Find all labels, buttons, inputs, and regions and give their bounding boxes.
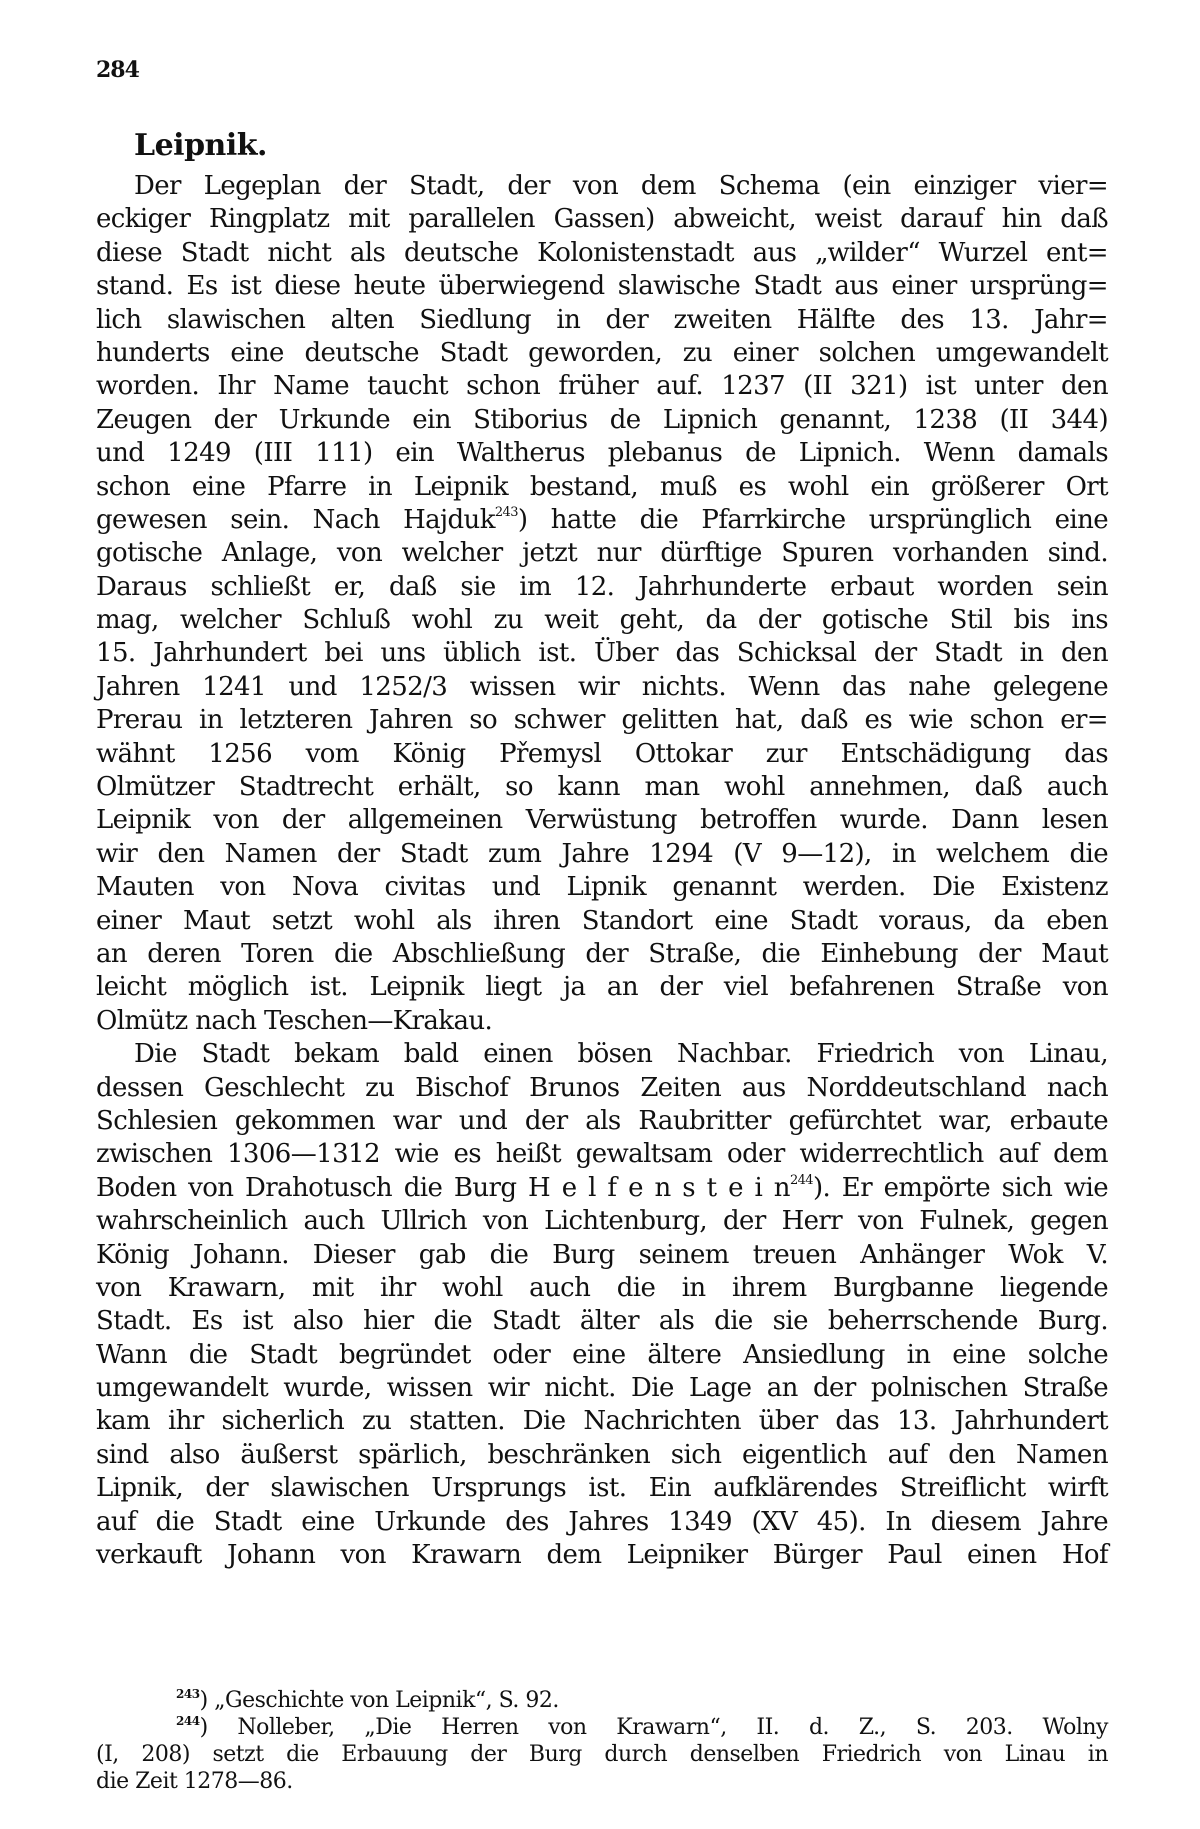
text-line: Zeugen der Urkunde ein Stiborius de Lipn… xyxy=(96,404,1108,437)
text-line: verkauft Johann von Krawarn dem Leipnike… xyxy=(96,1539,1108,1572)
line-text: von Krawarn, mit ihr wohl auch die in ih… xyxy=(96,1273,1108,1303)
line-text: Stadt. Es ist also hier die Stadt älter … xyxy=(96,1306,1108,1336)
line-text-continued: ) hatte die Pfarrkirche ursprünglich ein… xyxy=(518,505,1108,535)
line-text: worden. Ihr Name taucht schon früher auf… xyxy=(96,371,1108,401)
text-line: worden. Ihr Name taucht schon früher auf… xyxy=(96,370,1108,403)
footnote-reference[interactable]: 243 xyxy=(495,505,518,520)
line-text: Der Legeplan der Stadt, der von dem Sche… xyxy=(134,171,1108,201)
line-text: zwischen 1306—1312 wie es heißt gewaltsa… xyxy=(96,1139,1108,1169)
footnote-line: 244) Nolleber, „Die Herren von Krawarn“,… xyxy=(96,1714,1108,1741)
line-text: Daraus schließt er, daß sie im 12. Jahrh… xyxy=(96,572,1108,602)
text-line: schon eine Pfarre in Leipnik bestand, mu… xyxy=(96,471,1108,504)
text-line: Daraus schließt er, daß sie im 12. Jahrh… xyxy=(96,571,1108,604)
text-line: Mauten von Nova civitas und Lipnik genan… xyxy=(96,871,1108,904)
line-text: Schlesien gekommen war und der als Raubr… xyxy=(96,1106,1108,1136)
line-text: eckiger Ringplatz mit parallelen Gassen)… xyxy=(96,204,1108,234)
text-line: Wann die Stadt begründet oder eine älter… xyxy=(96,1339,1108,1372)
text-line: Olmütz nach Teschen—Krakau. xyxy=(96,1005,1108,1038)
text-line: hunderts eine deutsche Stadt geworden, z… xyxy=(96,337,1108,370)
line-text: Leipnik von der allgemeinen Verwüstung b… xyxy=(96,805,1108,835)
footnote-marker: 243 xyxy=(176,1687,200,1701)
text-line: wähnt 1256 vom König Přemysl Ottokar zur… xyxy=(96,738,1108,771)
text-line: gewesen sein. Nach Hajduk243) hatte die … xyxy=(96,504,1108,537)
line-text: leicht möglich ist. Leipnik liegt ja an … xyxy=(96,972,1108,1002)
text-line: Prerau in letzteren Jahren so schwer gel… xyxy=(96,704,1108,737)
text-line: einer Maut setzt wohl als ihren Standort… xyxy=(96,905,1108,938)
footnote-marker: 244 xyxy=(176,1714,200,1728)
line-text: Boden von Drahotusch die Burg H e l f e … xyxy=(96,1173,790,1203)
text-line: wir den Namen der Stadt zum Jahre 1294 (… xyxy=(96,838,1108,871)
text-line: umgewandelt wurde, wissen wir nicht. Die… xyxy=(96,1372,1108,1405)
footnote-line: die Zeit 1278—86. xyxy=(96,1768,1108,1795)
line-text: König Johann. Dieser gab die Burg seinem… xyxy=(96,1240,1108,1270)
line-text: wahrscheinlich auch Ullrich von Lichtenb… xyxy=(96,1206,1108,1236)
footnote-line: (I, 208) setzt die Erbauung der Burg dur… xyxy=(96,1741,1108,1768)
line-text: Prerau in letzteren Jahren so schwer gel… xyxy=(96,705,1108,735)
text-line: dessen Geschlecht zu Bischof Brunos Zeit… xyxy=(96,1072,1108,1105)
text-line: Der Legeplan der Stadt, der von dem Sche… xyxy=(96,170,1108,203)
line-text: kam ihr sicherlich zu statten. Die Nachr… xyxy=(96,1406,1108,1436)
line-text: Zeugen der Urkunde ein Stiborius de Lipn… xyxy=(96,405,1108,435)
text-line: sind also äußerst spärlich, beschränken … xyxy=(96,1439,1108,1472)
line-text: Jahren 1241 und 1252/3 wissen wir nichts… xyxy=(96,672,1108,702)
line-text: verkauft Johann von Krawarn dem Leipnike… xyxy=(96,1540,1108,1570)
line-text: Mauten von Nova civitas und Lipnik genan… xyxy=(96,872,1108,902)
body-text: Der Legeplan der Stadt, der von dem Sche… xyxy=(96,170,1108,1572)
text-line: lich slawischen alten Siedlung in der zw… xyxy=(96,304,1108,337)
text-line: diese Stadt nicht als deutsche Koloniste… xyxy=(96,237,1108,270)
line-text: Lipnik, der slawischen Ursprungs ist. Ei… xyxy=(96,1473,1108,1503)
line-text: lich slawischen alten Siedlung in der zw… xyxy=(96,305,1108,335)
line-text: wir den Namen der Stadt zum Jahre 1294 (… xyxy=(96,839,1108,869)
text-line: stand. Es ist diese heute überwiegend sl… xyxy=(96,270,1108,303)
line-text: auf die Stadt eine Urkunde des Jahres 13… xyxy=(96,1507,1108,1537)
text-line: gotische Anlage, von welcher jetzt nur d… xyxy=(96,537,1108,570)
text-line: kam ihr sicherlich zu statten. Die Nachr… xyxy=(96,1405,1108,1438)
footnote-text: die Zeit 1278—86. xyxy=(96,1769,293,1794)
line-text: wähnt 1256 vom König Přemysl Ottokar zur… xyxy=(96,739,1108,769)
section-title: Leipnik. xyxy=(134,128,267,163)
line-text: mag, welcher Schluß wohl zu weit geht, d… xyxy=(96,605,1108,635)
text-line: eckiger Ringplatz mit parallelen Gassen)… xyxy=(96,203,1108,236)
text-line: an deren Toren die Abschließung der Stra… xyxy=(96,938,1108,971)
line-text: dessen Geschlecht zu Bischof Brunos Zeit… xyxy=(96,1073,1108,1103)
text-line: mag, welcher Schluß wohl zu weit geht, d… xyxy=(96,604,1108,637)
footnote-line: 243) „Geschichte von Leipnik“, S. 92. xyxy=(96,1687,1108,1714)
line-text: einer Maut setzt wohl als ihren Standort… xyxy=(96,906,1108,936)
text-line: Leipnik von der allgemeinen Verwüstung b… xyxy=(96,804,1108,837)
text-line: auf die Stadt eine Urkunde des Jahres 13… xyxy=(96,1506,1108,1539)
text-line: leicht möglich ist. Leipnik liegt ja an … xyxy=(96,971,1108,1004)
line-text: diese Stadt nicht als deutsche Koloniste… xyxy=(96,238,1108,268)
line-text: sind also äußerst spärlich, beschränken … xyxy=(96,1440,1108,1470)
line-text: schon eine Pfarre in Leipnik bestand, mu… xyxy=(96,472,1108,502)
line-text: gewesen sein. Nach Hajduk xyxy=(96,505,495,535)
footnotes: 243) „Geschichte von Leipnik“, S. 92.244… xyxy=(96,1687,1108,1795)
line-text: stand. Es ist diese heute überwiegend sl… xyxy=(96,271,1108,301)
text-line: 15. Jahrhundert bei uns üblich ist. Über… xyxy=(96,637,1108,670)
footnote-reference[interactable]: 244 xyxy=(790,1173,813,1188)
footnote-text: (I, 208) setzt die Erbauung der Burg dur… xyxy=(96,1742,1108,1767)
text-line: Schlesien gekommen war und der als Raubr… xyxy=(96,1105,1108,1138)
line-text: hunderts eine deutsche Stadt geworden, z… xyxy=(96,338,1108,368)
text-line: Olmützer Stadtrecht erhält, so kann man … xyxy=(96,771,1108,804)
line-text: umgewandelt wurde, wissen wir nicht. Die… xyxy=(96,1373,1108,1403)
page-number: 284 xyxy=(96,57,139,83)
line-text-continued: ). Er empörte sich wie xyxy=(813,1173,1108,1203)
line-text: gotische Anlage, von welcher jetzt nur d… xyxy=(96,538,1108,568)
line-text: 15. Jahrhundert bei uns üblich ist. Über… xyxy=(96,638,1108,668)
text-line: zwischen 1306—1312 wie es heißt gewaltsa… xyxy=(96,1138,1108,1171)
text-line: Die Stadt bekam bald einen bösen Nachbar… xyxy=(96,1038,1108,1071)
line-text: Die Stadt bekam bald einen bösen Nachbar… xyxy=(134,1039,1108,1069)
footnote-text: ) Nolleber, „Die Herren von Krawarn“, II… xyxy=(200,1715,1108,1740)
line-text: an deren Toren die Abschließung der Stra… xyxy=(96,939,1108,969)
text-line: Jahren 1241 und 1252/3 wissen wir nichts… xyxy=(96,671,1108,704)
line-text: Wann die Stadt begründet oder eine älter… xyxy=(96,1340,1108,1370)
line-text: und 1249 (III 111) ein Waltherus plebanu… xyxy=(96,438,1108,468)
text-line: Stadt. Es ist also hier die Stadt älter … xyxy=(96,1305,1108,1338)
text-line: König Johann. Dieser gab die Burg seinem… xyxy=(96,1239,1108,1272)
line-text: Olmützer Stadtrecht erhält, so kann man … xyxy=(96,772,1108,802)
text-line: wahrscheinlich auch Ullrich von Lichtenb… xyxy=(96,1205,1108,1238)
line-text: Olmütz nach Teschen—Krakau. xyxy=(96,1006,492,1036)
footnote-text: ) „Geschichte von Leipnik“, S. 92. xyxy=(200,1688,559,1713)
text-line: Boden von Drahotusch die Burg H e l f e … xyxy=(96,1172,1108,1205)
text-line: Lipnik, der slawischen Ursprungs ist. Ei… xyxy=(96,1472,1108,1505)
text-line: und 1249 (III 111) ein Waltherus plebanu… xyxy=(96,437,1108,470)
text-line: von Krawarn, mit ihr wohl auch die in ih… xyxy=(96,1272,1108,1305)
